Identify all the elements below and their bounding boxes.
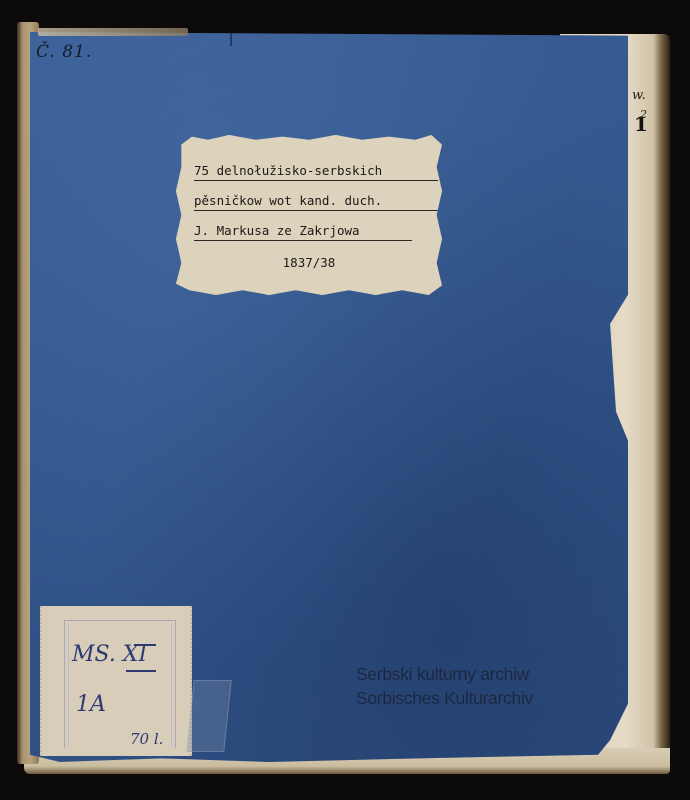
title-line-3: J. Markusa ze Zakrjowa xyxy=(194,223,412,241)
archive-stamp-sorbian: Serbski kulturny archiw xyxy=(356,662,533,686)
numeral-underline xyxy=(126,670,156,672)
archive-stamp-german: Sorbisches Kulturarchiv xyxy=(356,686,533,710)
top-edge-paper xyxy=(38,28,188,36)
call-number-label: MS. XI 1A 70 l. xyxy=(40,606,192,756)
handwritten-shelf-mark: Č. 81. xyxy=(36,42,92,62)
numeral-overline xyxy=(134,644,156,646)
leaf-count: 70 l. xyxy=(130,730,163,748)
title-line-1: 75 delnołužisko-serbskich xyxy=(194,163,438,181)
title-year: 1837/38 xyxy=(176,255,442,270)
call-number-collection: MS. XI xyxy=(72,642,147,667)
page-number: 1 xyxy=(634,112,648,136)
adhesive-tape xyxy=(186,680,232,752)
cover-tear xyxy=(230,32,232,46)
handwritten-edge-mark: w. xyxy=(632,88,646,103)
document-scan: Č. 81. w. 2 1 75 delnołužisko-serbskich … xyxy=(0,0,690,800)
title-line-2: pěsničkow wot kand. duch. xyxy=(194,193,438,211)
call-number-item: 1A xyxy=(76,692,106,717)
title-label: 75 delnołužisko-serbskich pěsničkow wot … xyxy=(176,135,442,295)
archive-stamp: Serbski kulturny archiw Sorbisches Kultu… xyxy=(356,662,533,710)
